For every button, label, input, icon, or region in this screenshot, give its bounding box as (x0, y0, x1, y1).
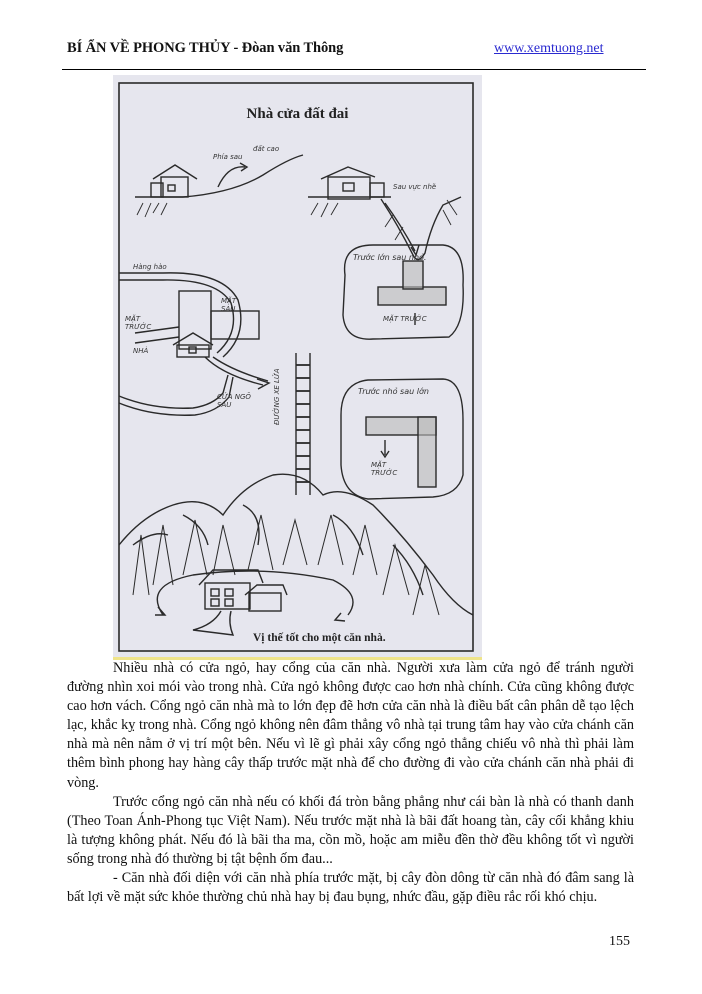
page-number: 155 (609, 934, 630, 950)
body-text: Nhiều nhà có cửa ngỏ, hay cổng của căn n… (67, 659, 634, 907)
figure-caption: Vị thế tốt cho một căn nhà. (253, 632, 386, 644)
label-cua-ngo-sau: CỬA NGÕ SAU (217, 393, 257, 409)
label-mat-truoc: MẶT TRƯỚC (125, 315, 155, 331)
page-header: BÍ ẨN VỀ PHONG THỦY - Đòan văn Thông www… (67, 40, 645, 64)
label-nha: NHÀ (133, 347, 148, 355)
paragraph-3: - Căn nhà đối diện với căn nhà phía trướ… (67, 869, 634, 907)
label-mat-sau: MẶT SAU (221, 297, 251, 313)
header-divider (62, 69, 646, 70)
label-hang-hao: Hàng hào (133, 263, 167, 271)
label-truoc-nho-sau-lon: Trước nhỏ sau lớn (358, 387, 429, 396)
label-mat-truoc-t: MẶT TRƯỚC (383, 315, 427, 323)
feng-shui-illustration: Nhà cửa đất đai Phía sau đất cao Sau vực… (113, 75, 482, 658)
label-duong-xe-lua: ĐƯỜNG XE LỬA (273, 368, 281, 425)
illustration-drawing (113, 75, 482, 658)
paragraph-1: Nhiều nhà có cửa ngỏ, hay cổng của căn n… (67, 659, 634, 793)
website-link[interactable]: www.xemtuong.net (494, 41, 604, 57)
label-sau-vuc-nhe: Sau vực nhẽ (393, 183, 436, 191)
label-phia-sau: Phía sau (213, 153, 243, 161)
label-dat-cao: đất cao (253, 145, 279, 153)
label-mat-truoc-l: MẶT TRƯỚC (371, 461, 401, 477)
figure-title: Nhà cửa đất đai (113, 106, 482, 123)
header-title: BÍ ẨN VỀ PHONG THỦY - Đòan văn Thông (67, 40, 343, 57)
label-truoc-lon-sau-nho: Trước lớn sau nhỏ. (353, 253, 426, 262)
paragraph-2: Trước cổng ngỏ căn nhà nếu có khối đá tr… (67, 793, 634, 869)
